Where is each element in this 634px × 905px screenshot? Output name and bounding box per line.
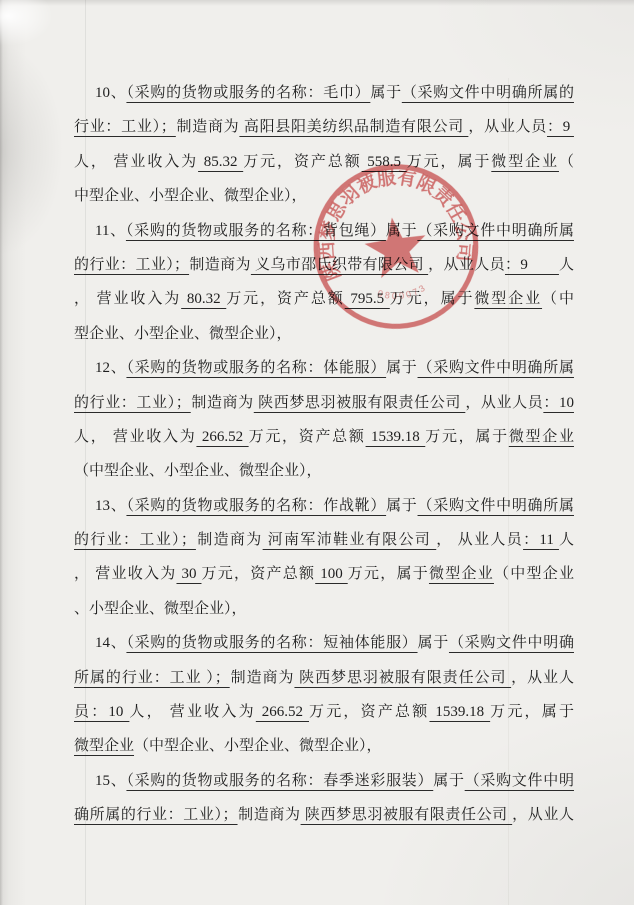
filled-blank-text: 266.52 (196, 429, 248, 445)
text-segment: ， 营业收入为 (74, 566, 176, 582)
filled-blank-text: 80.32 (181, 291, 226, 307)
text-segment: 14、 (95, 635, 126, 651)
filled-blank-text: 所属的行业：工业 ）； (74, 670, 230, 686)
text-segment: （中型企业、小型企业、微型企业）， (74, 463, 322, 479)
text-segment: 制造商为 (196, 532, 263, 548)
filled-blank-text: 的行业：工业）； (74, 532, 196, 548)
text-segment: 万元，资产总额 (226, 291, 344, 307)
text-segment: 11、 (95, 223, 126, 239)
item-10-line-2: 行业：工业）；制造商为 高阳县阳美纺织品制造有限公司 ，从业人员：9 (74, 110, 574, 144)
item-12-line-4: （中型企业、小型企业、微型企业）， (74, 454, 574, 488)
filled-blank-text: 员：10 (74, 704, 129, 720)
text-segment: 属于 (370, 85, 401, 101)
text-block: 10、（采购的货物或服务的名称：毛巾）属于（采购文件中明确所属的行业：工业）；制… (74, 76, 574, 833)
filled-blank-text: （采购的货物或服务的名称：短袖体能服） (126, 635, 417, 651)
text-segment: 万元，资产总额 (201, 566, 315, 582)
page: 10、（采购的货物或服务的名称：毛巾）属于（采购文件中明确所属的行业：工业）；制… (0, 0, 634, 905)
text-segment: 万元，属于 (407, 154, 492, 170)
filled-blank-text: 100 (315, 566, 348, 582)
text-segment: （ (559, 154, 574, 170)
text-segment: ， 营业收入为 (74, 291, 181, 307)
text-segment: 12、 (95, 360, 126, 376)
filled-blank-text: 266.52 (256, 704, 309, 720)
text-segment: 10、 (95, 85, 126, 101)
filled-blank-text: （采购文件中明 (465, 773, 574, 789)
text-segment: 人， 营业收入为 (74, 429, 196, 445)
text-segment: ，从业人员 (468, 119, 547, 135)
text-segment: （中 (542, 291, 574, 307)
filled-blank-text: 微型企业 (474, 291, 542, 307)
item-13-line-1: 13、（采购的货物或服务的名称：作战靴）属于（采购文件中明确所属 (74, 489, 574, 523)
text-segment: 万元，属于 (425, 429, 509, 445)
text-segment: 万元，资产总额 (249, 429, 366, 445)
filled-blank-text: 微型企业 (491, 154, 559, 170)
filled-blank-text: 义乌市邵氏织带有限公司 (251, 257, 428, 273)
item-11-line-3: ， 营业收入为 80.32 万元，资产总额 795.5 万元，属于微型企业（中 (74, 282, 574, 316)
filled-blank-text: 陕西梦思羽被服有限责任公司 (301, 807, 513, 823)
filled-blank-text: （采购文件中明确所属 (418, 498, 574, 514)
filled-blank-text: ：9 (547, 119, 574, 135)
filled-blank-text: 陕西梦思羽被服有限责任公司 (254, 395, 466, 411)
filled-blank-text: 陕西梦思羽被服有限责任公司 (294, 670, 511, 686)
text-segment: （中型企业、小型企业、微型企业）， (134, 738, 382, 754)
item-13-line-3: ， 营业收入为 30 万元，资产总额 100 万元，属于微型企业（中型企业 (74, 557, 574, 591)
text-segment: 制造商为 (189, 257, 251, 273)
text-segment: 属于 (418, 635, 449, 651)
text-segment: ，从业人 (511, 670, 574, 686)
text-segment: 、小型企业、微型企业）， (74, 601, 247, 617)
text-segment: ，从业人员 (465, 395, 543, 411)
item-10-line-4: 中型企业、小型企业、微型企业）， (74, 179, 574, 213)
filled-blank-text: （采购的货物或服务的名称：春季迷彩服装） (126, 773, 433, 789)
item-14-line-1: 14、（采购的货物或服务的名称：短袖体能服）属于（采购文件中明确 (74, 626, 574, 660)
text-segment: ，从业人员 (428, 257, 505, 273)
item-10-line-1: 10、（采购的货物或服务的名称：毛巾）属于（采购文件中明确所属的 (74, 76, 574, 110)
item-11-line-2: 的行业：工业）；制造商为 义乌市邵氏织带有限公司 ，从业人员：9 人 (74, 248, 574, 282)
text-segment: 15、 (95, 773, 126, 789)
filled-blank-text: 确所属的行业：工业）； (74, 807, 238, 823)
text-segment: （中型企业 (494, 566, 574, 582)
text-segment: ，从业人 (512, 807, 574, 823)
filled-blank-text: ：9 (505, 257, 559, 273)
text-segment: 中型企业、小型企业、微型企业）， (74, 188, 307, 204)
filled-blank-text: 795.5 (345, 291, 390, 307)
item-14-line-4: 微型企业（中型企业、小型企业、微型企业）， (74, 729, 574, 763)
text-segment: 制造商为 (238, 807, 301, 823)
text-segment: 属于 (386, 498, 417, 514)
filled-blank-text: 1539.18 (429, 704, 490, 720)
text-segment: 属于 (433, 773, 464, 789)
filled-blank-text: （采购文件中明确所属 (417, 223, 574, 239)
text-segment: 万元，资产总额 (243, 154, 361, 170)
filled-blank-text: 微型企业 (429, 566, 494, 582)
item-13-line-2: 的行业：工业）；制造商为 河南军沛鞋业有限公司 ， 从业人员：11 人 (74, 523, 574, 557)
filled-blank-text: 85.32 (198, 154, 243, 170)
filled-blank-text: 高阳县阳美纺织品制造有限公司 (239, 119, 468, 135)
filled-blank-text: （采购的货物或服务的名称：毛巾） (126, 85, 370, 101)
filled-blank-text: 558.5 (362, 154, 407, 170)
item-15-line-1: 15、（采购的货物或服务的名称：春季迷彩服装）属于（采购文件中明 (74, 764, 574, 798)
text-segment: 万元，属于 (390, 291, 475, 307)
text-segment: 人， 营业收入为 (129, 704, 255, 720)
item-12-line-2: 的行业：工业）；制造商为 陕西梦思羽被服有限责任公司 ，从业人员：10 (74, 386, 574, 420)
filled-blank-text: 河南军沛鞋业有限公司 (263, 532, 437, 548)
filled-blank-text: （采购的货物或服务的名称：作战靴） (126, 498, 386, 514)
text-segment: 制造商为 (230, 670, 295, 686)
filled-blank-text: 微型企业 (509, 429, 574, 445)
item-14-line-2: 所属的行业：工业 ）；制造商为 陕西梦思羽被服有限责任公司 ，从业人 (74, 661, 574, 695)
text-segment: 制造商为 (191, 395, 254, 411)
filled-blank-text: ：11 (523, 532, 559, 548)
item-12-line-3: 人， 营业收入为 266.52 万元，资产总额 1539.18 万元，属于微型企… (74, 420, 574, 454)
filled-blank-text: （采购文件中明确所属 (418, 360, 574, 376)
scanned-page-background: { "colors": { "stamp_red": "#cf4747", "i… (0, 0, 634, 905)
text-segment: 人 (559, 532, 574, 548)
text-segment: 万元，属于 (490, 704, 574, 720)
filled-blank-text: （采购的货物或服务的名称：背包绳） (126, 223, 386, 239)
item-13-line-4: 、小型企业、微型企业）， (74, 592, 574, 626)
filled-blank-text: ：10 (543, 395, 574, 411)
filled-blank-text: （采购的货物或服务的名称：体能服） (126, 360, 386, 376)
item-12-line-1: 12、（采购的货物或服务的名称：体能服）属于（采购文件中明确所属 (74, 351, 574, 385)
text-segment: 属于 (386, 360, 417, 376)
text-segment: 人， 营业收入为 (74, 154, 198, 170)
item-15-line-2: 确所属的行业：工业）；制造商为 陕西梦思羽被服有限责任公司 ，从业人 (74, 798, 574, 832)
filled-blank-text: 的行业：工业）； (74, 395, 191, 411)
item-11-line-4: 型企业、小型企业、微型企业）， (74, 317, 574, 351)
filled-blank-text: 的行业：工业）； (74, 257, 189, 273)
text-segment: 万元，资产总额 (309, 704, 429, 720)
text-segment: 制造商为 (176, 119, 240, 135)
text-segment: 型企业、小型企业、微型企业）， (74, 326, 292, 342)
text-segment: 人 (559, 257, 574, 273)
filled-blank-text: 微型企业 (74, 738, 134, 754)
item-11-line-1: 11、（采购的货物或服务的名称：背包绳）属于（采购文件中明确所属 (74, 214, 574, 248)
filled-blank-text: 30 (176, 566, 201, 582)
item-14-line-3: 员：10 人， 营业收入为 266.52 万元，资产总额 1539.18 万元，… (74, 695, 574, 729)
text-segment: 万元，属于 (348, 566, 429, 582)
text-segment: 13、 (95, 498, 126, 514)
filled-blank-text: （采购文件中明确 (449, 635, 574, 651)
filled-blank-text: （采购文件中明确所属的 (402, 85, 574, 101)
text-segment: 属于 (386, 223, 417, 239)
filled-blank-text: 行业：工业）； (74, 119, 176, 135)
filled-blank-text: 1539.18 (366, 429, 426, 445)
text-segment: ， 从业人员 (436, 532, 523, 548)
item-10-line-3: 人， 营业收入为 85.32 万元，资产总额 558.5 万元，属于微型企业（ (74, 145, 574, 179)
